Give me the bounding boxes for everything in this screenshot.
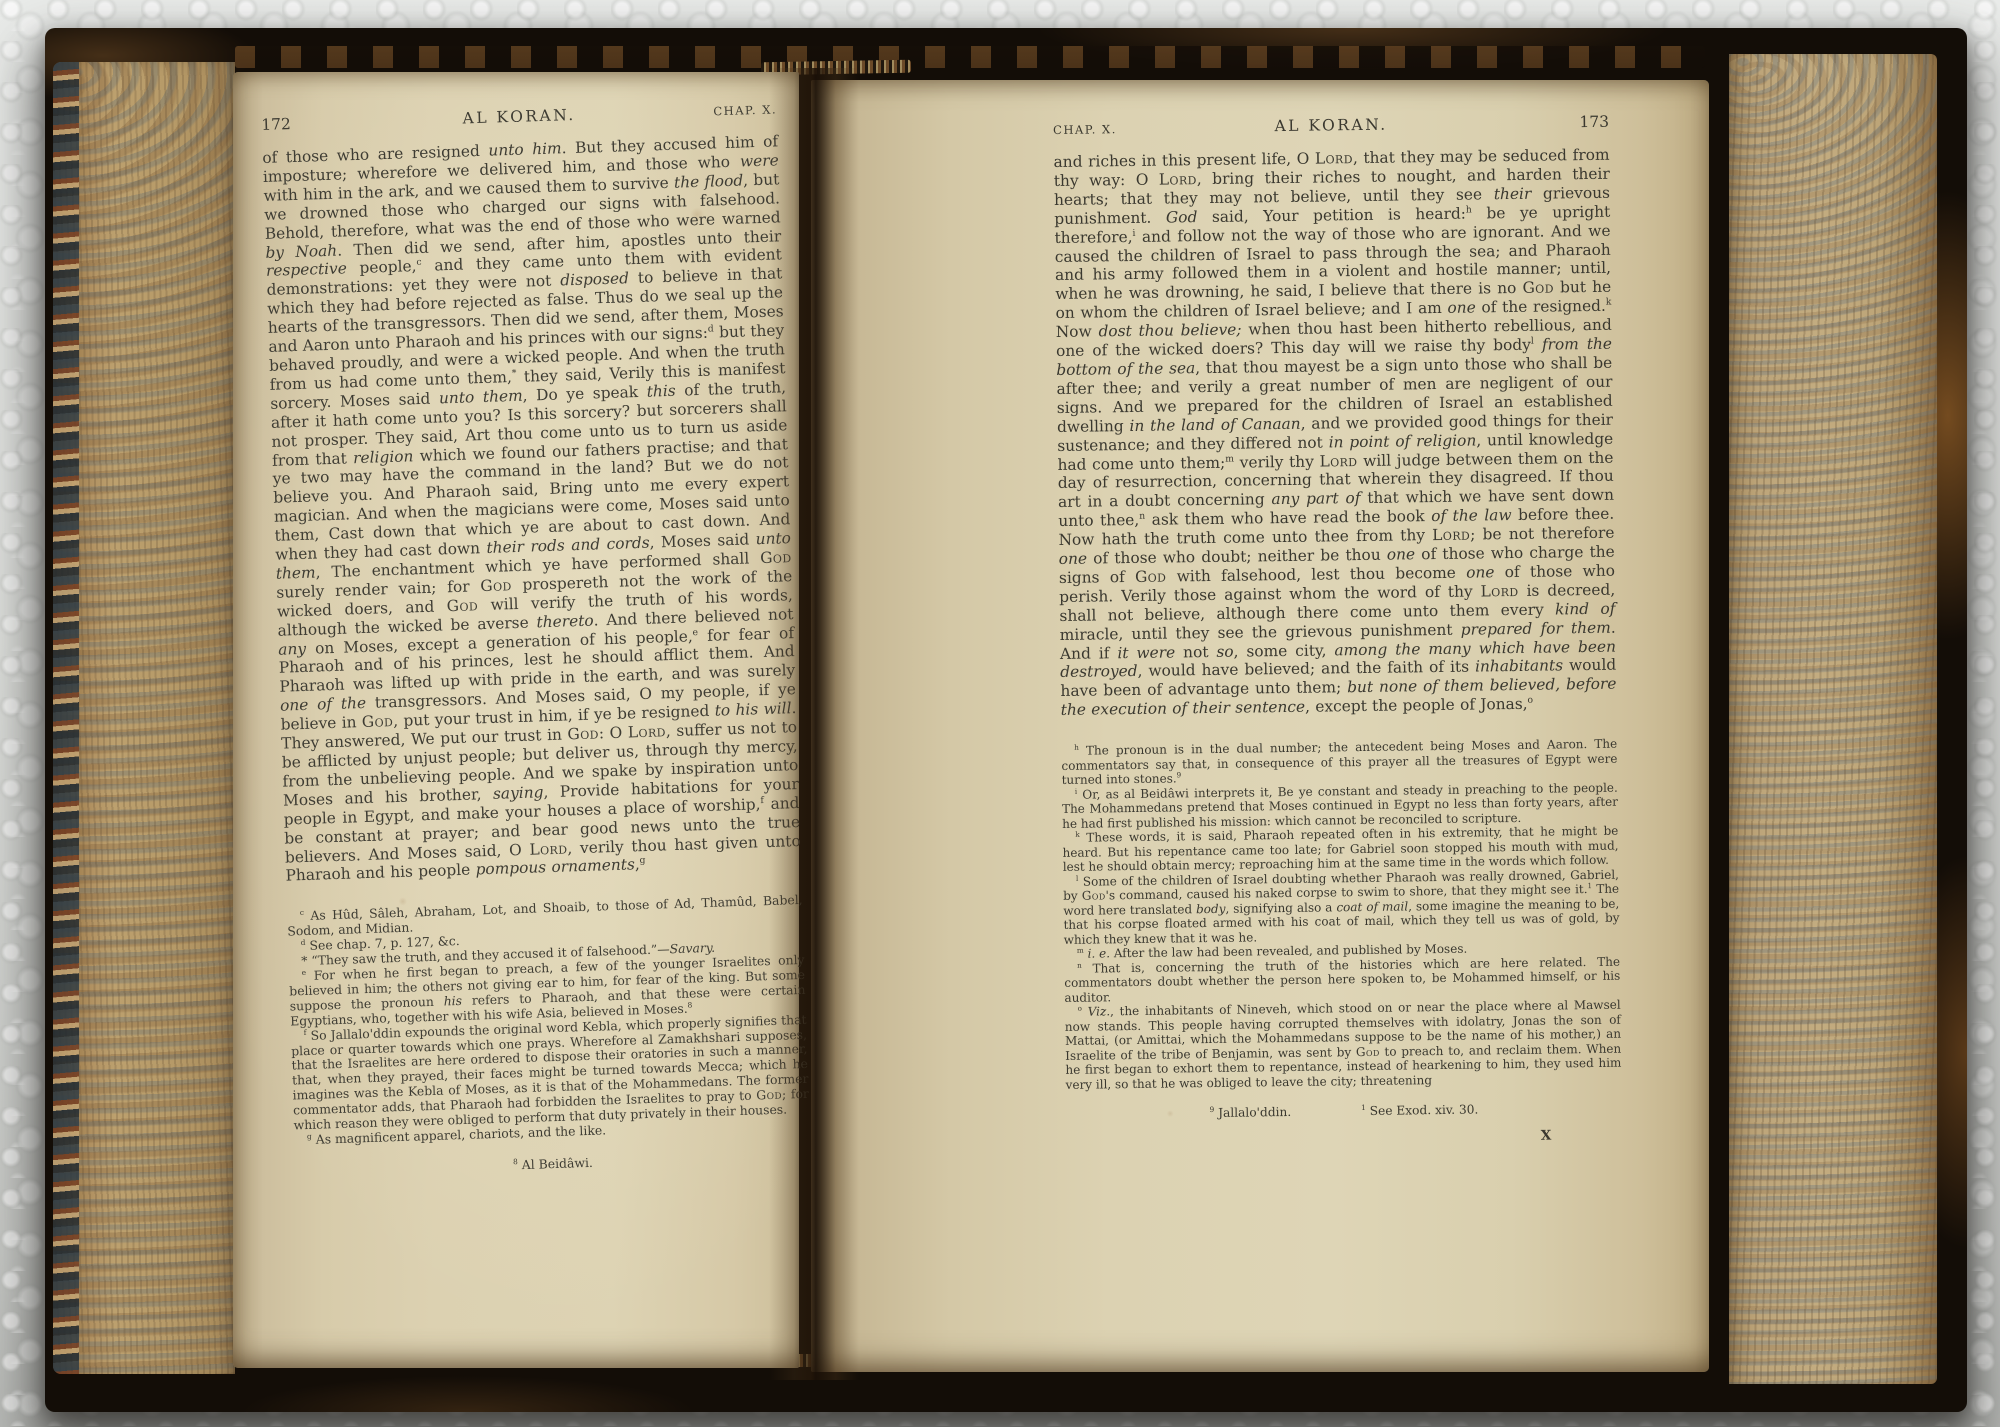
footnote-h: h The pronoun is in the dual number; the… bbox=[1061, 737, 1618, 788]
left-marbled-fore-edge bbox=[53, 62, 235, 1374]
footnote-k: k These words, it is said, Pharaoh repea… bbox=[1062, 824, 1619, 875]
footnote-i: i Or, as al Beidâwi interprets it, Be ye… bbox=[1062, 780, 1619, 831]
left-page-number: 172 bbox=[261, 109, 463, 133]
right-page-footnotes: h The pronoun is in the dual number; the… bbox=[1061, 737, 1622, 1092]
left-page-text-block: 172 AL KORAN. CHAP. X. of those who are … bbox=[261, 99, 811, 1179]
photo-scene: 172 AL KORAN. CHAP. X. of those who are … bbox=[0, 0, 2000, 1427]
right-page-text-block: CHAP. X. AL KORAN. 173 and riches in thi… bbox=[1053, 113, 1622, 1150]
left-running-title: AL KORAN. bbox=[462, 106, 576, 128]
right-page-header: CHAP. X. AL KORAN. 173 bbox=[1053, 113, 1609, 138]
right-page-number: 173 bbox=[1388, 113, 1610, 134]
right-running-title: AL KORAN. bbox=[1274, 116, 1387, 135]
left-chapter-label: CHAP. X. bbox=[576, 102, 778, 122]
source-note-1: 1 See Exod. xiv. 30. bbox=[1361, 1103, 1478, 1119]
left-page-body-text: of those who are resigned unto him. But … bbox=[262, 132, 802, 886]
right-page-source-notes: 9 Jallalo'ddin. 1 See Exod. xiv. 30. bbox=[1066, 1101, 1622, 1122]
left-page-source-note: 8 Al Beidâwi. bbox=[295, 1148, 811, 1180]
footnote-f: f So Jallalo'ddin expounds the original … bbox=[290, 1012, 809, 1133]
signature-mark: X bbox=[1066, 1128, 1552, 1150]
footnote-l: l Some of the children of Israel doubtin… bbox=[1063, 867, 1620, 947]
right-page: CHAP. X. AL KORAN. 173 and riches in thi… bbox=[811, 80, 1709, 1372]
footnote-n: n That is, concerning the truth of the h… bbox=[1064, 954, 1621, 1005]
left-page-header: 172 AL KORAN. CHAP. X. bbox=[261, 99, 777, 134]
footnote-o: o Viz., the inhabitants of Nineveh, whic… bbox=[1065, 998, 1622, 1092]
book-top-edge bbox=[235, 46, 1705, 68]
source-note-9: 9 Jallalo'ddin. bbox=[1210, 1105, 1292, 1120]
left-page-footnotes: c As Hûd, Sâleh, Abraham, Lot, and Shoai… bbox=[287, 893, 810, 1148]
left-page: 172 AL KORAN. CHAP. X. of those who are … bbox=[233, 72, 799, 1368]
right-marbled-fore-edge bbox=[1729, 54, 1937, 1384]
open-book: 172 AL KORAN. CHAP. X. of those who are … bbox=[45, 28, 1967, 1412]
right-chapter-label: CHAP. X. bbox=[1053, 120, 1275, 137]
right-page-body-text: and riches in this present life, O Lord,… bbox=[1053, 146, 1616, 720]
